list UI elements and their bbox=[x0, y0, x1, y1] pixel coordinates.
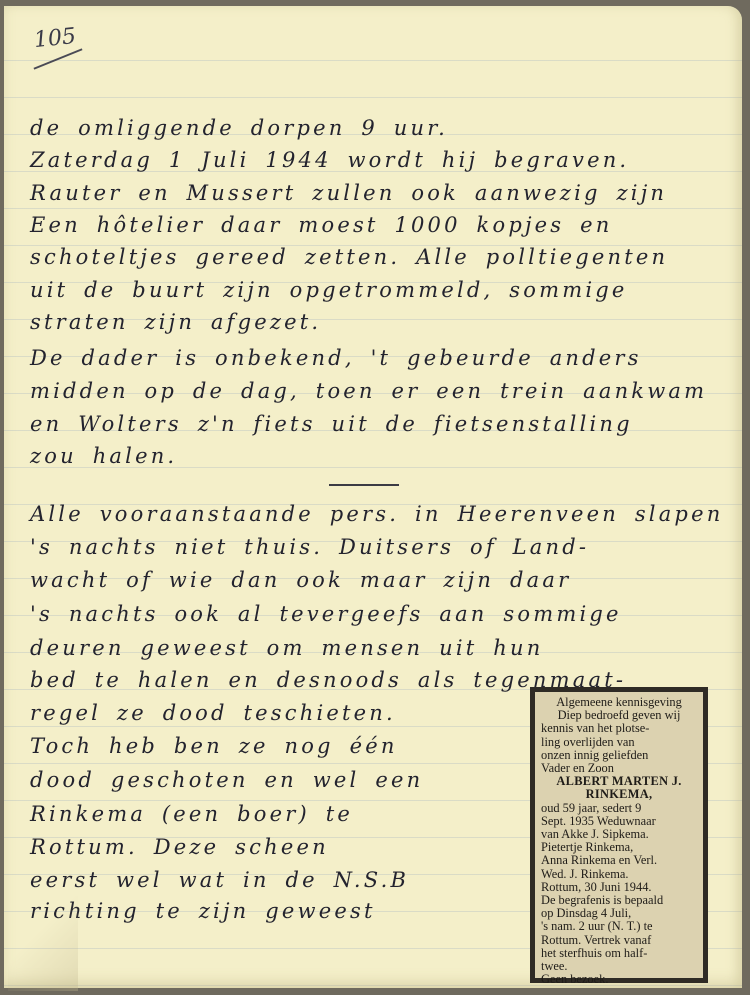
handwritten-line: Rinkema (een boer) te bbox=[30, 802, 353, 826]
handwritten-line: schoteltjes gereed zetten. Alle polltieg… bbox=[30, 245, 668, 269]
handwritten-line: 's nachts ook al tevergeefs aan sommige bbox=[30, 602, 622, 626]
clipping-line: Rottum. Vertrek vanaf bbox=[541, 934, 697, 947]
handwritten-line: uit de buurt zijn opgetrommeld, sommige bbox=[30, 278, 628, 302]
handwritten-line: en Wolters z'n fiets uit de fietsenstall… bbox=[30, 412, 633, 436]
clipping-line: Anna Rinkema en Verl. bbox=[541, 854, 697, 867]
handwritten-line: dood geschoten en wel een bbox=[30, 768, 423, 792]
handwritten-line: midden op de dag, toen er een trein aank… bbox=[30, 379, 707, 403]
handwritten-line: deuren geweest om mensen uit hun bbox=[30, 636, 544, 660]
section-separator bbox=[329, 484, 399, 486]
handwritten-line: straten zijn afgezet. bbox=[30, 310, 321, 334]
page-number: 105 bbox=[33, 24, 77, 53]
handwritten-line: De dader is onbekend, 't gebeurde anders bbox=[30, 346, 642, 370]
page-curl-shadow bbox=[8, 896, 78, 991]
newspaper-clipping: Algemeene kennisgeving Diep bedroefd gev… bbox=[530, 687, 708, 983]
handwritten-line: Toch heb ben ze nog één bbox=[30, 734, 398, 758]
clipping-line: oud 59 jaar, sedert 9 bbox=[541, 802, 697, 815]
handwritten-line: de omliggende dorpen 9 uur. bbox=[30, 116, 448, 140]
handwritten-line: richting te zijn geweest bbox=[30, 899, 376, 923]
handwritten-line: 's nachts niet thuis. Duitsers of Land- bbox=[30, 535, 589, 559]
clipping-line: 's nam. 2 uur (N. T.) te bbox=[541, 920, 697, 933]
clipping-line: Wed. J. Rinkema. bbox=[541, 868, 697, 881]
handwritten-line: Alle vooraanstaande pers. in Heerenveen … bbox=[30, 502, 723, 526]
clipping-deceased-surname: RINKEMA, bbox=[541, 788, 697, 801]
handwritten-line: Een hôtelier daar moest 1000 kopjes en bbox=[30, 213, 613, 237]
handwritten-line: regel ze dood teschieten. bbox=[30, 701, 396, 725]
handwritten-line: Rauter en Mussert zullen ook aanwezig zi… bbox=[30, 181, 667, 205]
handwritten-line: Rottum. Deze scheen bbox=[30, 835, 329, 859]
clipping-line: ling overlijden van bbox=[541, 736, 697, 749]
handwritten-line: eerst wel wat in de N.S.B bbox=[30, 868, 409, 892]
handwritten-line: wacht of wie dan ook maar zijn daar bbox=[30, 568, 571, 592]
clipping-line: kennis van het plotse- bbox=[541, 722, 697, 735]
clipping-line: Geen bezoek. bbox=[541, 973, 697, 986]
handwritten-line: zou halen. bbox=[30, 444, 177, 468]
handwritten-line: Zaterdag 1 Juli 1944 wordt hij begraven. bbox=[30, 148, 629, 172]
